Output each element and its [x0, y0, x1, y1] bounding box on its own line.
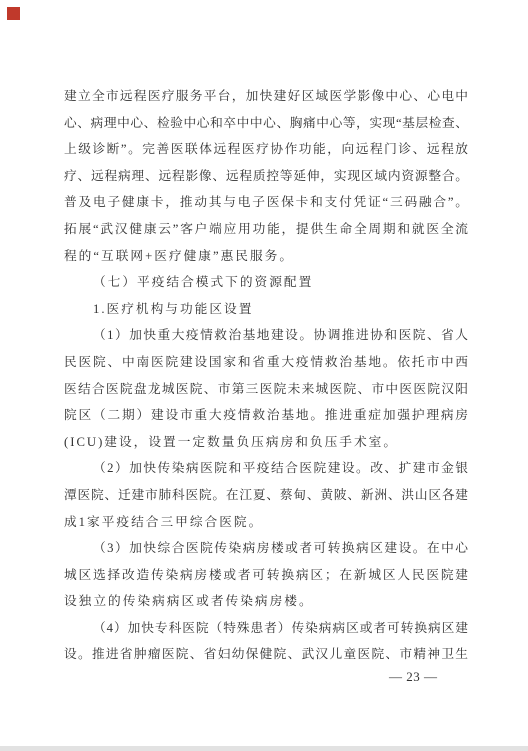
red-corner-marker [7, 7, 20, 20]
section-heading: （七）平疫结合模式下的资源配置 [64, 269, 468, 296]
text-line: (ICU)建设，设置一定数量负压病房和负压手术室。 [64, 429, 468, 456]
text-line: （3）加快综合医院传染病房楼或者可转换病区建设。在中心 [64, 535, 468, 562]
document-body-text: 建立全市远程医疗服务平台，加快建好区域医学影像中心、心电中 心、病理中心、检验中… [64, 83, 468, 668]
text-line: 成1家平疫结合三甲综合医院。 [64, 509, 468, 536]
text-line: 院区（二期）建设市重大疫情救治基地。推进重症加强护理病房 [64, 402, 468, 429]
text-line: 程的“互联网+医疗健康”惠民服务。 [64, 243, 468, 270]
text-line: 设。推进省肿瘤医院、省妇幼保健院、武汉儿童医院、市精神卫生 [64, 641, 468, 668]
text-line: 医结合医院盘龙城医院、市第三医院未来城医院、市中医医院汉阳 [64, 376, 468, 403]
text-line: 设独立的传染病病区或者传染病房楼。 [64, 588, 468, 615]
text-line: 普及电子健康卡，推动其与电子医保卡和支付凭证“三码融合”。 [64, 189, 468, 216]
text-line: 疗、远程病理、远程影像、远程质控等延伸，实现区域内资源整合。 [64, 163, 468, 190]
scan-bottom-edge [0, 746, 528, 751]
page-number: — 23 — [389, 668, 443, 686]
document-page: 建立全市远程医疗服务平台，加快建好区域医学影像中心、心电中 心、病理中心、检验中… [0, 0, 528, 751]
text-line: 城区选择改造传染病房楼或者可转换病区；在新城区人民医院建 [64, 562, 468, 589]
text-line: 拓展“武汉健康云”客户端应用功能，提供生命全周期和就医全流 [64, 216, 468, 243]
text-line: 潭医院、迁建市肺科医院。在江夏、蔡甸、黄陂、新洲、洪山区各建 [64, 482, 468, 509]
text-line: 心、病理中心、检验中心和卒中中心、胸痛中心等，实现“基层检查、 [64, 110, 468, 137]
text-line: （4）加快专科医院（特殊患者）传染病病区或者可转换病区建 [64, 615, 468, 642]
text-line: 民医院、中南医院建设国家和省重大疫情救治基地。依托市中西 [64, 349, 468, 376]
text-line: 上级诊断”。完善医联体远程医疗协作功能，向远程门诊、远程放 [64, 136, 468, 163]
text-line: （1）加快重大疫情救治基地建设。协调推进协和医院、省人 [64, 322, 468, 349]
text-line: 建立全市远程医疗服务平台，加快建好区域医学影像中心、心电中 [64, 83, 468, 110]
subsection-heading: 1.医疗机构与功能区设置 [64, 296, 468, 323]
text-line: （2）加快传染病医院和平疫结合医院建设。改、扩建市金银 [64, 455, 468, 482]
